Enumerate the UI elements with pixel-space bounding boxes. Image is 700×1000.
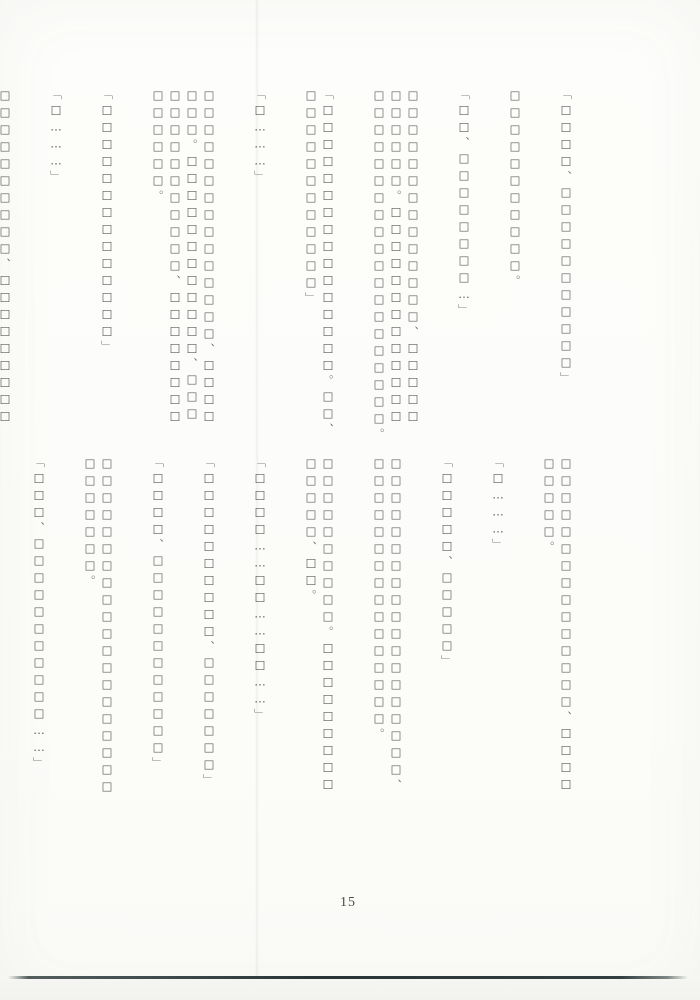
paragraph: □□□□□□□□□□□□□□□、□□□□ □□□□□。 — [540, 456, 574, 796]
paragraph: □□□□□□□□□□、□□□□□□□□□ □□□□。 — [0, 88, 13, 443]
paragraph: 「□………」 — [489, 456, 506, 796]
below-page-edge-area — [0, 979, 700, 1000]
paragraph: 「□□□□□□□□□□□□□□□□。□□、 □□□□□□□□□□□□」 — [302, 88, 336, 443]
page-number: 15 — [340, 895, 356, 911]
paragraph: □□□□□□□□□□□□□□□、□□□□ □□□。□□□□□□□□□□□□、□□… — [149, 88, 217, 443]
paragraph: 「□□□□□□□□□□、□□□□□□□」 — [200, 456, 217, 796]
paragraph: 「□□□、□□□□□□□□□□□……」 — [30, 456, 47, 796]
paragraph: □□□□□□□□□□□□□□□□□□□、 □□□□□□□□□□□□□□□□。 — [370, 456, 404, 796]
paragraph: □□□□□□□□□□。□□□□□□□□□ □□□□□、□□。 — [302, 456, 336, 796]
paragraph: 「□□□□□、□□□□□」 — [438, 456, 455, 796]
paragraph: 「□………」 — [47, 88, 64, 443]
paragraph: □□□□□□□□□□□□□□□□□□□□ □□□□□□□。 — [81, 456, 115, 796]
text-block-top: 「□□□□、□□□□□□□□□□□」 □□□□□□□□□□□。 「□□、□□□□… — [0, 88, 608, 443]
paragraph: □□□□□□□□□□□□□□、□□□□□ □□□□□□。□□□□□□□□□□□□… — [370, 88, 421, 443]
paragraph: 「□□□□、□□□□□□□□□□□□」 — [149, 456, 166, 796]
paragraph: 「□□□□□□□□□□□□□□」 — [98, 88, 115, 443]
paragraph: 「□………」 — [251, 88, 268, 443]
scanned-page: 「□□□□、□□□□□□□□□□□」 □□□□□□□□□□□。 「□□、□□□□… — [0, 0, 700, 1000]
paragraph: 「□□□□、□□□□□□□□□□□」 — [557, 88, 574, 443]
paragraph: 「□□□□……□□……□□……」 — [251, 456, 268, 796]
paragraph: □□□□□□□□□□□。 — [506, 88, 523, 443]
paragraph: 「□□、□□□□□□□□…」 — [455, 88, 472, 443]
text-block-bottom: □□□□□□□□□□□□□□□、□□□□ □□□□□。 「□………」 「□□□□… — [0, 456, 608, 796]
